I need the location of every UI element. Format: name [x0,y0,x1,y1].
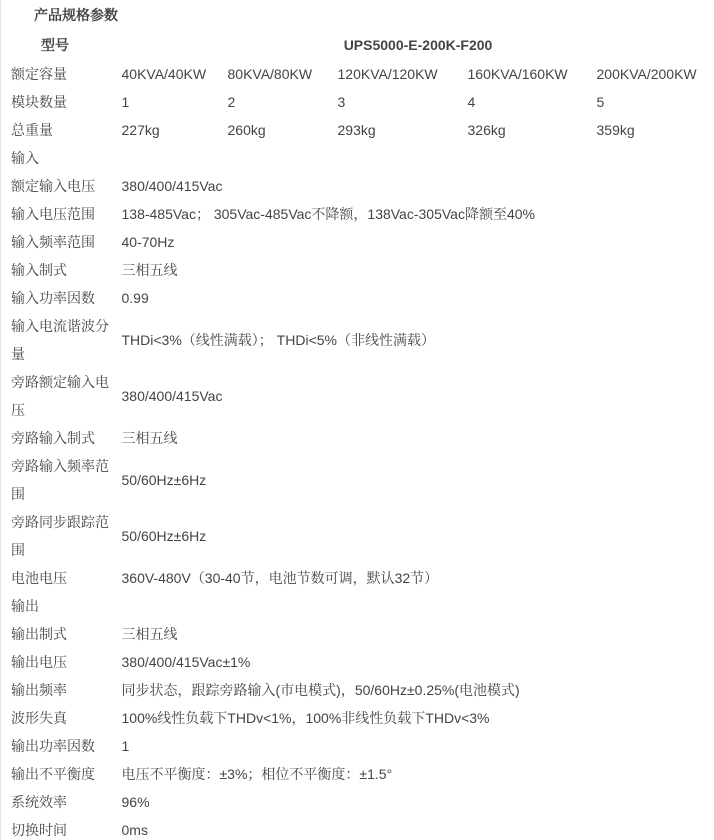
row-value: 96% [122,788,714,816]
module-count-row: 模块数量 1 2 3 4 5 [1,88,714,116]
row-value: 50/60Hz±6Hz [122,508,714,564]
table-title-row: 产品规格参数 [1,0,714,31]
spec-row: 输出不平衡度 电压不平衡度：±3%；相位不平衡度：±1.5° [1,760,714,788]
spec-row: 额定输入电压 380/400/415Vac [1,172,714,200]
row-label: 旁路额定输入电压 [1,368,122,424]
row-label: 输出电压 [1,648,122,676]
spec-row: 旁路输入频率范围 50/60Hz±6Hz [1,452,714,508]
spec-row: 电池电压 360V-480V（30-40节，电池节数可调，默认32节） [1,564,714,592]
empty-cell [122,592,714,620]
row-value: 380/400/415Vac [122,368,714,424]
section-label: 输出 [1,592,122,620]
weight-cell: 359kg [597,116,714,144]
module-cell: 1 [122,88,228,116]
row-label: 输出不平衡度 [1,760,122,788]
row-label: 输入功率因数 [1,284,122,312]
row-value: 360V-480V（30-40节，电池节数可调，默认32节） [122,564,714,592]
row-value: 同步状态，跟踪旁路输入(市电模式)，50/60Hz±0.25%(电池模式) [122,676,714,704]
row-value: 0.99 [122,284,714,312]
product-spec-table: 产品规格参数 型号 UPS5000-E-200K-F200 额定容量 40KVA… [0,0,714,840]
spec-row: 系统效率 96% [1,788,714,816]
row-label: 系统效率 [1,788,122,816]
row-label: 总重量 [1,116,122,144]
row-value: 三相五线 [122,620,714,648]
row-value: 三相五线 [122,256,714,284]
spec-row: 输入制式 三相五线 [1,256,714,284]
weight-row: 总重量 227kg 260kg 293kg 326kg 359kg [1,116,714,144]
module-cell: 4 [468,88,597,116]
row-value: 1 [122,732,714,760]
row-value: 三相五线 [122,424,714,452]
row-label: 波形失真 [1,704,122,732]
row-value: 电压不平衡度：±3%；相位不平衡度：±1.5° [122,760,714,788]
spec-row: 旁路额定输入电压 380/400/415Vac [1,368,714,424]
section-label: 输入 [1,144,122,172]
module-cell: 2 [228,88,338,116]
spec-row: 旁路同步跟踪范围 50/60Hz±6Hz [1,508,714,564]
row-value: 0ms [122,816,714,840]
row-value: 50/60Hz±6Hz [122,452,714,508]
weight-cell: 326kg [468,116,597,144]
spec-row: 输入频率范围 40-70Hz [1,228,714,256]
row-label: 输入制式 [1,256,122,284]
capacity-cell: 40KVA/40KW [122,60,228,88]
module-cell: 5 [597,88,714,116]
spec-row: 输出电压 380/400/415Vac±1% [1,648,714,676]
section-row-output: 输出 [1,592,714,620]
spec-row: 输出频率 同步状态，跟踪旁路输入(市电模式)，50/60Hz±0.25%(电池模… [1,676,714,704]
row-value: 380/400/415Vac [122,172,714,200]
capacity-row: 额定容量 40KVA/40KW 80KVA/80KW 120KVA/120KW … [1,60,714,88]
section-row-input: 输入 [1,144,714,172]
spec-row: 输入电压范围 138-485Vac； 305Vac-485Vac不降额，138V… [1,200,714,228]
row-label: 输入电压范围 [1,200,122,228]
row-label: 输入电流谐波分量 [1,312,122,368]
row-label: 旁路输入频率范围 [1,452,122,508]
row-label: 旁路同步跟踪范围 [1,508,122,564]
row-value: 380/400/415Vac±1% [122,648,714,676]
row-label: 旁路输入制式 [1,424,122,452]
row-label: 切换时间 [1,816,122,840]
model-value: UPS5000-E-200K-F200 [122,31,714,60]
model-row: 型号 UPS5000-E-200K-F200 [1,31,714,60]
capacity-cell: 160KVA/160KW [468,60,597,88]
row-value: THDi<3%（线性满载）； THDi<5%（非线性满载） [122,312,714,368]
spec-row: 旁路输入制式 三相五线 [1,424,714,452]
row-label: 输出制式 [1,620,122,648]
row-label: 输出频率 [1,676,122,704]
spec-row: 输出功率因数 1 [1,732,714,760]
spec-row: 输入功率因数 0.99 [1,284,714,312]
row-label: 输入频率范围 [1,228,122,256]
page-title: 产品规格参数 [1,0,714,31]
weight-cell: 293kg [338,116,468,144]
spec-row: 切换时间 0ms [1,816,714,840]
row-label: 模块数量 [1,88,122,116]
row-label: 额定输入电压 [1,172,122,200]
row-label: 额定容量 [1,60,122,88]
row-value: 138-485Vac； 305Vac-485Vac不降额，138Vac-305V… [122,200,714,228]
row-label: 型号 [1,31,122,60]
weight-cell: 227kg [122,116,228,144]
spec-row: 输出制式 三相五线 [1,620,714,648]
row-value: 100%线性负载下THDv<1%，100%非线性负载下THDv<3% [122,704,714,732]
capacity-cell: 200KVA/200KW [597,60,714,88]
empty-cell [122,144,714,172]
weight-cell: 260kg [228,116,338,144]
capacity-cell: 80KVA/80KW [228,60,338,88]
capacity-cell: 120KVA/120KW [338,60,468,88]
spec-row: 输入电流谐波分量 THDi<3%（线性满载）； THDi<5%（非线性满载） [1,312,714,368]
row-label: 输出功率因数 [1,732,122,760]
module-cell: 3 [338,88,468,116]
spec-row: 波形失真 100%线性负载下THDv<1%，100%非线性负载下THDv<3% [1,704,714,732]
row-value: 40-70Hz [122,228,714,256]
row-label: 电池电压 [1,564,122,592]
